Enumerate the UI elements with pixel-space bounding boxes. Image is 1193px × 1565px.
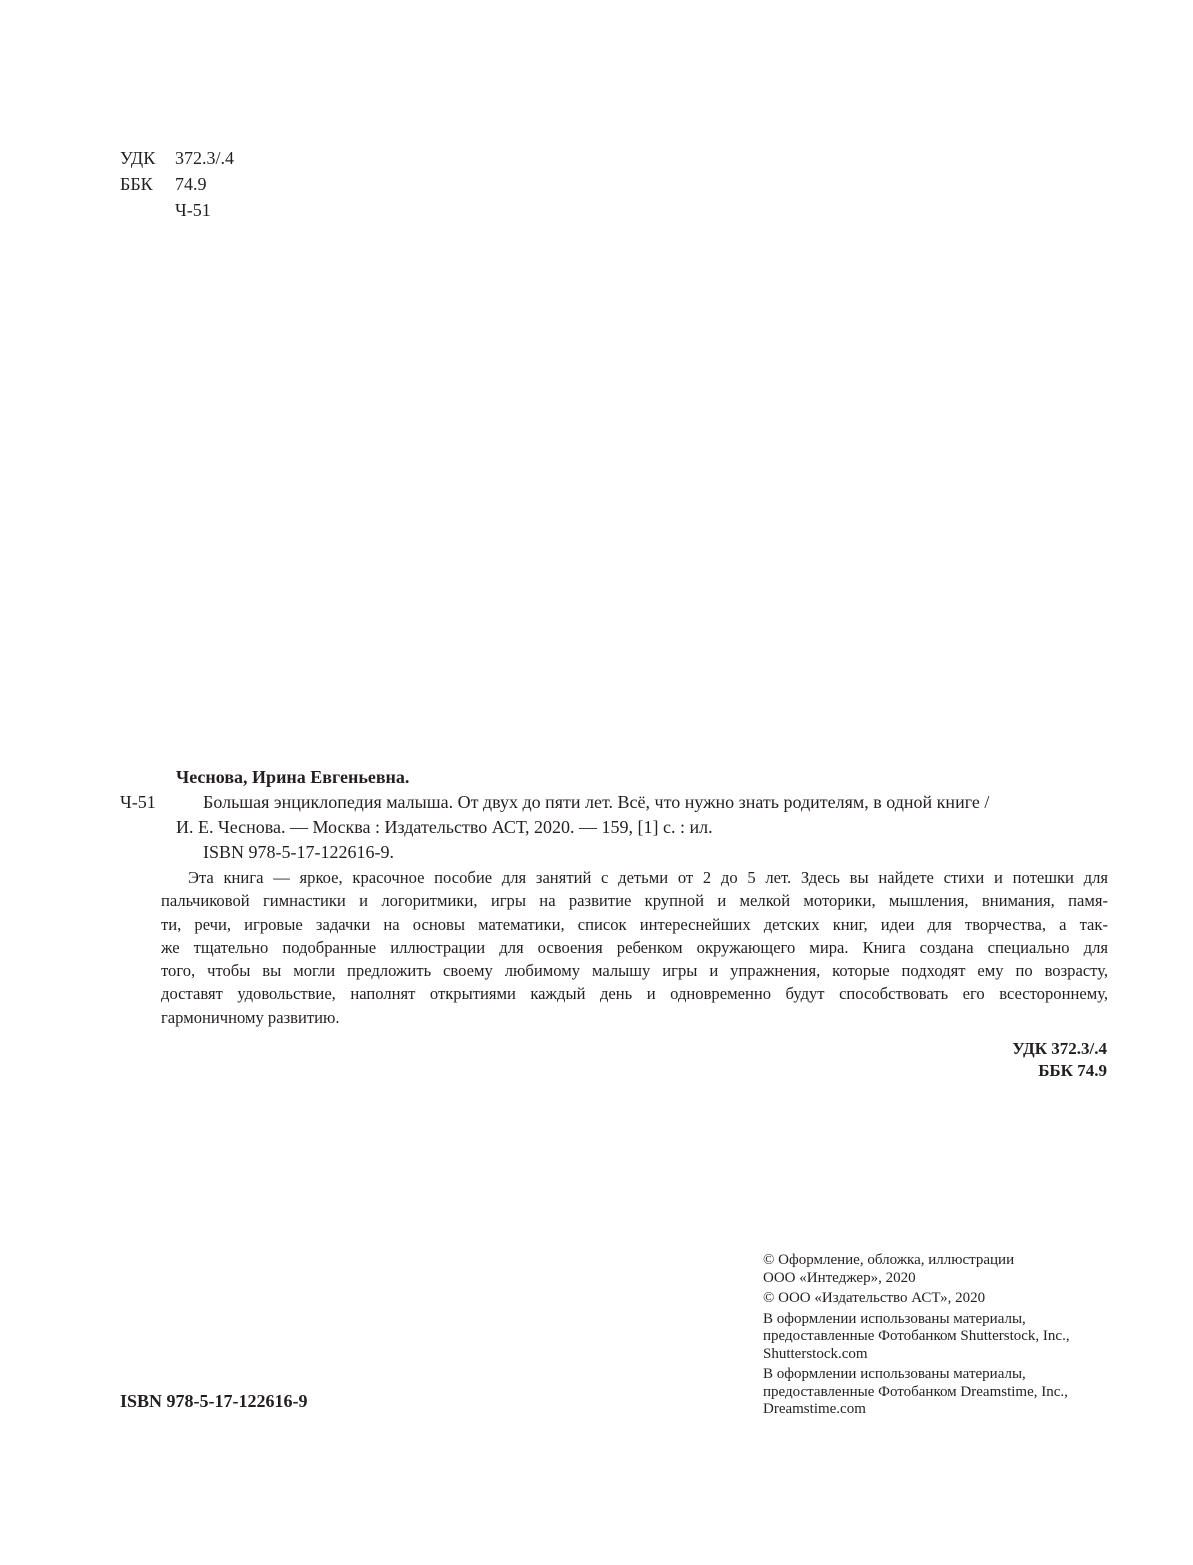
title-line-2: И. Е. Чеснова. — Москва : Издательство А… xyxy=(176,815,1108,840)
copyright-notice: © ООО «Издательство АСТ», 2020 xyxy=(763,1290,1108,1308)
udk-row: УДК 372.3/.4 xyxy=(120,145,234,171)
abstract-line: гармоничному развитию. xyxy=(161,1006,1108,1029)
author-heading: Чеснова, Ирина Евгеньевна. xyxy=(176,765,1108,790)
abstract-line: ти, речи, игровые задачки на основы мате… xyxy=(161,913,1108,936)
bbk-value: 74.9 xyxy=(175,171,207,197)
bbk-code: ББК 74.9 xyxy=(1012,1060,1107,1082)
copyright-line: © Оформление, обложка, иллюстрации xyxy=(763,1252,1108,1270)
abstract-line: пальчиковой гимнастики и логоритмики, иг… xyxy=(161,889,1108,912)
copyright-notice: В оформлении использованы материалы,пред… xyxy=(763,1311,1108,1364)
copyright-notice: © Оформление, обложка, иллюстрацииООО «И… xyxy=(763,1252,1108,1287)
bibliographic-record: Чеснова, Ирина Евгеньевна. Ч-51 Большая … xyxy=(120,765,1108,1029)
copyright-line: предоставленные Фотобанком Shutterstock,… xyxy=(763,1328,1108,1346)
copyright-line: Shutterstock.com xyxy=(763,1346,1108,1364)
record-isbn: ISBN 978-5-17-122616-9. xyxy=(203,840,1108,865)
abstract-line: же тщательно подобранные иллюстрации для… xyxy=(161,936,1108,959)
abstract-line: доставят удовольствие, наполнят открытия… xyxy=(161,982,1108,1005)
title-line-1: Большая энциклопедия малыша. От двух до … xyxy=(176,790,1108,815)
abstract-line: того, чтобы вы могли предложить своему л… xyxy=(161,959,1108,982)
bbk-row: ББК 74.9 xyxy=(120,171,234,197)
udk-value: 372.3/.4 xyxy=(175,145,234,171)
copyright-line: ООО «Интеджер», 2020 xyxy=(763,1270,1108,1288)
udk-label: УДК xyxy=(120,145,175,171)
copyright-block: © Оформление, обложка, иллюстрацииООО «И… xyxy=(763,1252,1108,1422)
copyright-line: предоставленные Фотобанком Dreamstime, I… xyxy=(763,1384,1108,1402)
abstract-line: Эта книга — яркое, красочное пособие для… xyxy=(161,866,1108,889)
imprint-page: УДК 372.3/.4 ББК 74.9 Ч-51 Чеснова, Ирин… xyxy=(0,0,1193,1565)
copyright-notice: В оформлении использованы материалы,пред… xyxy=(763,1366,1108,1419)
author-mark-value: Ч-51 xyxy=(175,197,211,223)
call-mark: Ч-51 xyxy=(120,790,156,815)
isbn-bottom: ISBN 978-5-17-122616-9 xyxy=(120,1390,308,1412)
classification-block-bottom: УДК 372.3/.4 ББК 74.9 xyxy=(1012,1038,1107,1082)
record-body: Ч-51 Большая энциклопедия малыша. От дву… xyxy=(176,790,1108,865)
author-mark-label xyxy=(120,197,175,223)
copyright-line: © ООО «Издательство АСТ», 2020 xyxy=(763,1290,1108,1308)
abstract: Эта книга — яркое, красочное пособие для… xyxy=(161,866,1108,1029)
bbk-label: ББК xyxy=(120,171,175,197)
author-mark-row: Ч-51 xyxy=(120,197,234,223)
copyright-line: Dreamstime.com xyxy=(763,1401,1108,1419)
copyright-line: В оформлении использованы материалы, xyxy=(763,1311,1108,1329)
classification-block-top: УДК 372.3/.4 ББК 74.9 Ч-51 xyxy=(120,145,234,223)
udk-code: УДК 372.3/.4 xyxy=(1012,1038,1107,1060)
copyright-line: В оформлении использованы материалы, xyxy=(763,1366,1108,1384)
